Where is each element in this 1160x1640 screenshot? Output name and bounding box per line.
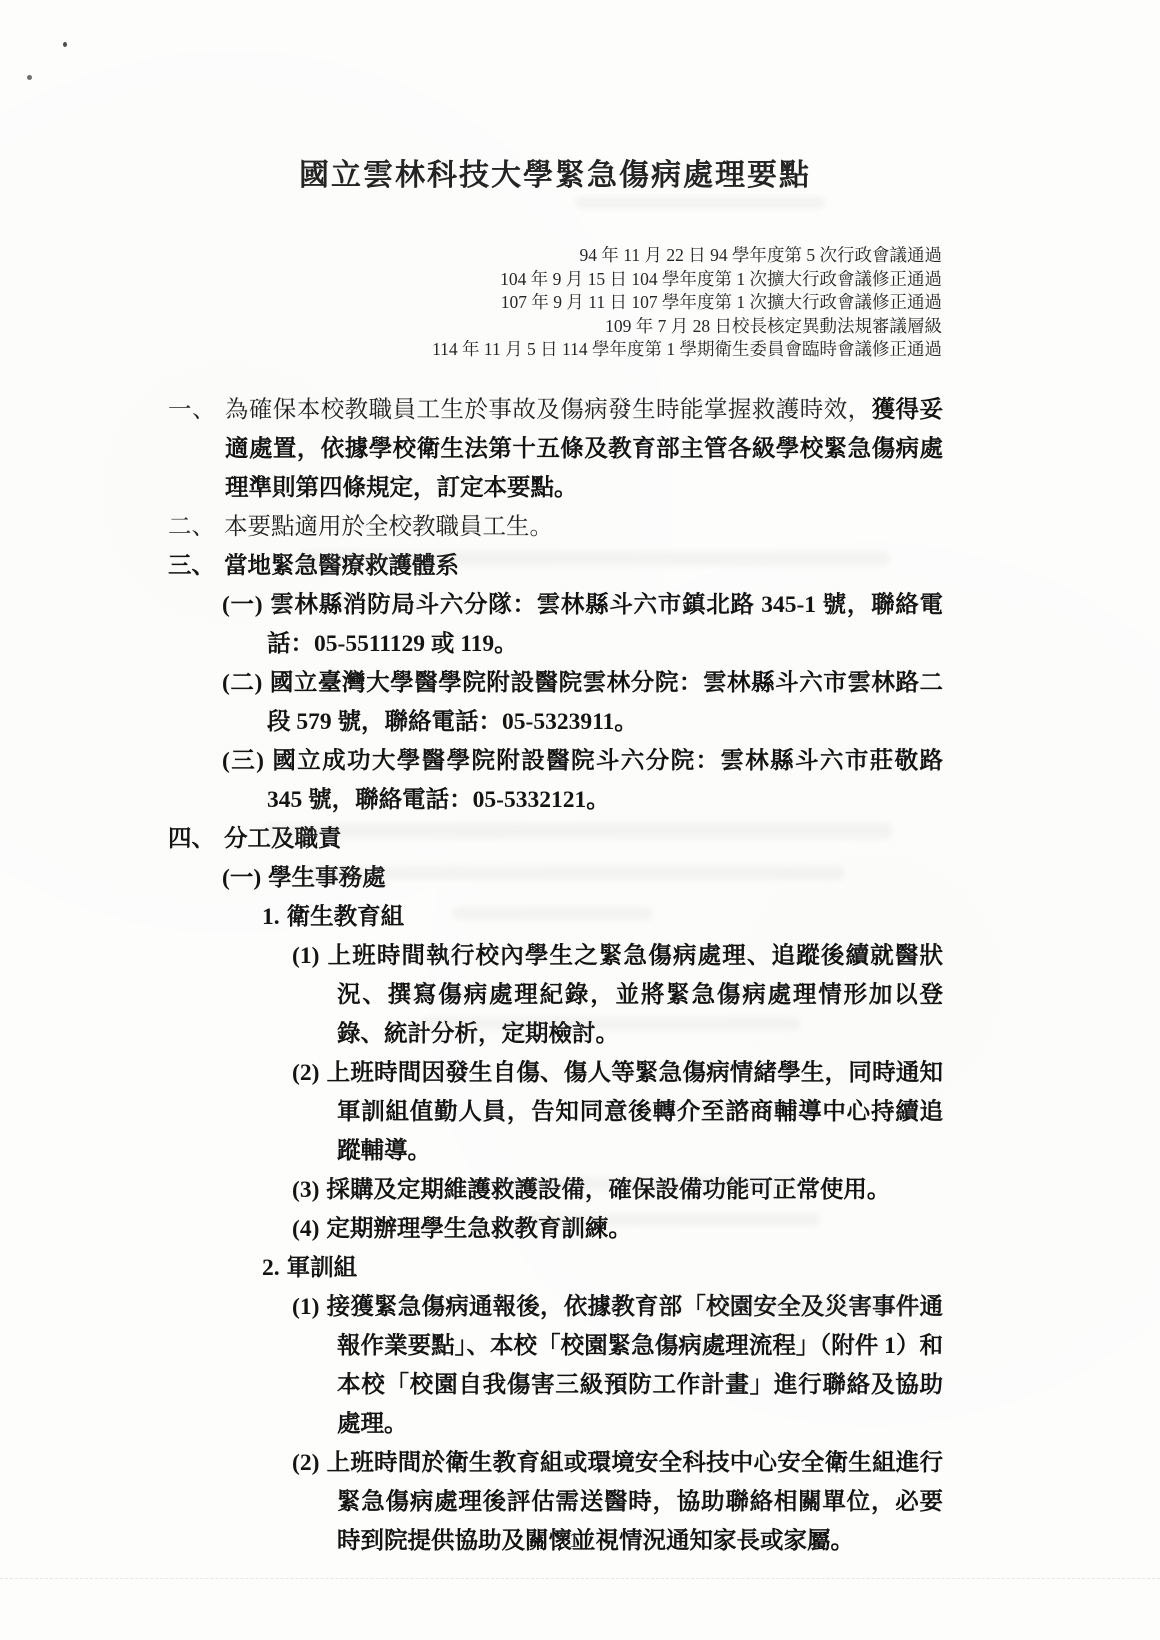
section-3-item-1-text: 雲林縣消防局斗六分隊：雲林縣斗六市鎮北路 345-1 號，聯絡電話：05-551…: [267, 592, 943, 657]
group-1-item-3: (3)採購及定期維護救護設備，確保設備功能可正常使用。: [168, 1171, 943, 1210]
group-1-heading: 衛生教育組: [287, 904, 405, 930]
scan-speck: [27, 75, 32, 80]
section-1-number: 一、: [168, 397, 216, 423]
scan-line-artifact: [0, 1578, 1160, 1579]
section-3-number: 三、: [168, 553, 215, 579]
section-3-item-2-number: (二): [222, 670, 262, 696]
document-body: 一、為確保本校教職員工生於事故及傷病發生時能掌握救護時效，獲得妥適處置，依據學校…: [168, 391, 943, 1561]
group-1-number: 1.: [262, 904, 280, 930]
group-1-item-1-number: (1): [292, 943, 319, 969]
revision-line-4: 109 年 7 月 28 日校長核定異動法規審議層級: [432, 315, 942, 339]
group-1-item-4: (4)定期辦理學生急救教育訓練。: [168, 1210, 943, 1249]
scan-speck: [63, 42, 67, 47]
group-1-item-2: (2)上班時間因發生自傷、傷人等緊急傷病情緒學生，同時通知軍訓組值勤人員，告知同…: [168, 1054, 943, 1171]
section-2-text: 本要點適用於全校教職員工生。: [224, 514, 553, 540]
group-2-item-1: (1)接獲緊急傷病通報後，依據教育部「校園安全及災害事件通報作業要點」、本校「校…: [168, 1288, 943, 1444]
revision-line-5: 114 年 11 月 5 日 114 學年度第 1 學期衛生委員會臨時會議修正通…: [432, 338, 942, 362]
bleed-through-artifact: [575, 196, 825, 209]
group-1-item-4-text: 定期辦理學生急救教育訓練。: [326, 1216, 632, 1242]
section-3-item-1: (一)雲林縣消防局斗六分隊：雲林縣斗六市鎮北路 345-1 號，聯絡電話：05-…: [168, 586, 943, 664]
section-3-item-3: (三)國立成功大學醫學院附設醫院斗六分院：雲林縣斗六市莊敬路 345 號，聯絡電…: [168, 742, 943, 820]
revision-history: 94 年 11 月 22 日 94 學年度第 5 次行政會議通過 104 年 9…: [432, 244, 942, 362]
section-1-text: 為確保本校教職員工生於事故及傷病發生時能掌握救護時效，: [225, 397, 872, 423]
section-4-heading-text: 分工及職責: [224, 826, 342, 852]
section-3-item-3-text: 國立成功大學醫學院附設醫院斗六分院：雲林縣斗六市莊敬路 345 號，聯絡電話：0…: [267, 748, 943, 813]
section-1: 一、為確保本校教職員工生於事故及傷病發生時能掌握救護時效，獲得妥適處置，依據學校…: [168, 391, 943, 508]
scanned-document-page: 國立雲林科技大學緊急傷病處理要點 94 年 11 月 22 日 94 學年度第 …: [0, 0, 1160, 1640]
section-4-dept-1: (一)學生事務處: [168, 859, 943, 898]
revision-line-3: 107 年 9 月 11 日 107 學年度第 1 次擴大行政會議修正通過: [432, 291, 942, 315]
group-1-item-1-text: 上班時間執行校內學生之緊急傷病處理、追蹤後續就醫狀況、撰寫傷病處理紀錄，並將緊急…: [326, 943, 943, 1047]
revision-line-2: 104 年 9 月 15 日 104 學年度第 1 次擴大行政會議修正通過: [432, 268, 942, 292]
revision-line-1: 94 年 11 月 22 日 94 學年度第 5 次行政會議通過: [432, 244, 942, 268]
section-3-heading: 三、當地緊急醫療救護體系: [168, 547, 943, 586]
section-2: 二、本要點適用於全校教職員工生。: [168, 508, 943, 547]
group-1-item-2-number: (2): [292, 1060, 319, 1086]
section-2-number: 二、: [168, 514, 215, 540]
group-1-health-education: 1.衛生教育組: [168, 898, 943, 937]
group-1-item-3-text: 採購及定期維護救護設備，確保設備功能可正常使用。: [326, 1177, 890, 1203]
section-4-dept-1-heading: 學生事務處: [268, 865, 386, 891]
section-3-item-1-number: (一): [222, 592, 263, 618]
section-4-number: 四、: [168, 826, 215, 852]
group-2-military-training: 2.軍訓組: [168, 1249, 943, 1288]
section-4-dept-1-number: (一): [222, 865, 261, 891]
section-3-item-3-number: (三): [222, 748, 264, 774]
group-1-item-3-number: (3): [292, 1177, 319, 1203]
section-3-item-2-text: 國立臺灣大學醫學院附設醫院雲林分院：雲林縣斗六市雲林路二段 579 號，聯絡電話…: [267, 670, 943, 735]
document-title: 國立雲林科技大學緊急傷病處理要點: [0, 150, 1110, 194]
group-2-item-1-text: 接獲緊急傷病通報後，依據教育部「校園安全及災害事件通報作業要點」、本校「校園緊急…: [326, 1294, 943, 1437]
section-3-item-2: (二)國立臺灣大學醫學院附設醫院雲林分院：雲林縣斗六市雲林路二段 579 號，聯…: [168, 664, 943, 742]
group-2-number: 2.: [262, 1255, 280, 1281]
group-1-item-4-number: (4): [292, 1216, 319, 1242]
group-2-heading: 軍訓組: [287, 1255, 358, 1281]
section-4-heading: 四、分工及職責: [168, 820, 943, 859]
group-2-item-1-number: (1): [292, 1294, 319, 1320]
group-1-item-1: (1)上班時間執行校內學生之緊急傷病處理、追蹤後續就醫狀況、撰寫傷病處理紀錄，並…: [168, 937, 943, 1054]
group-2-item-2-number: (2): [292, 1450, 319, 1476]
section-3-heading-text: 當地緊急醫療救護體系: [224, 553, 459, 579]
page-number: 1: [0, 1528, 1148, 1553]
group-1-item-2-text: 上班時間因發生自傷、傷人等緊急傷病情緒學生，同時通知軍訓組值勤人員，告知同意後轉…: [326, 1060, 943, 1164]
